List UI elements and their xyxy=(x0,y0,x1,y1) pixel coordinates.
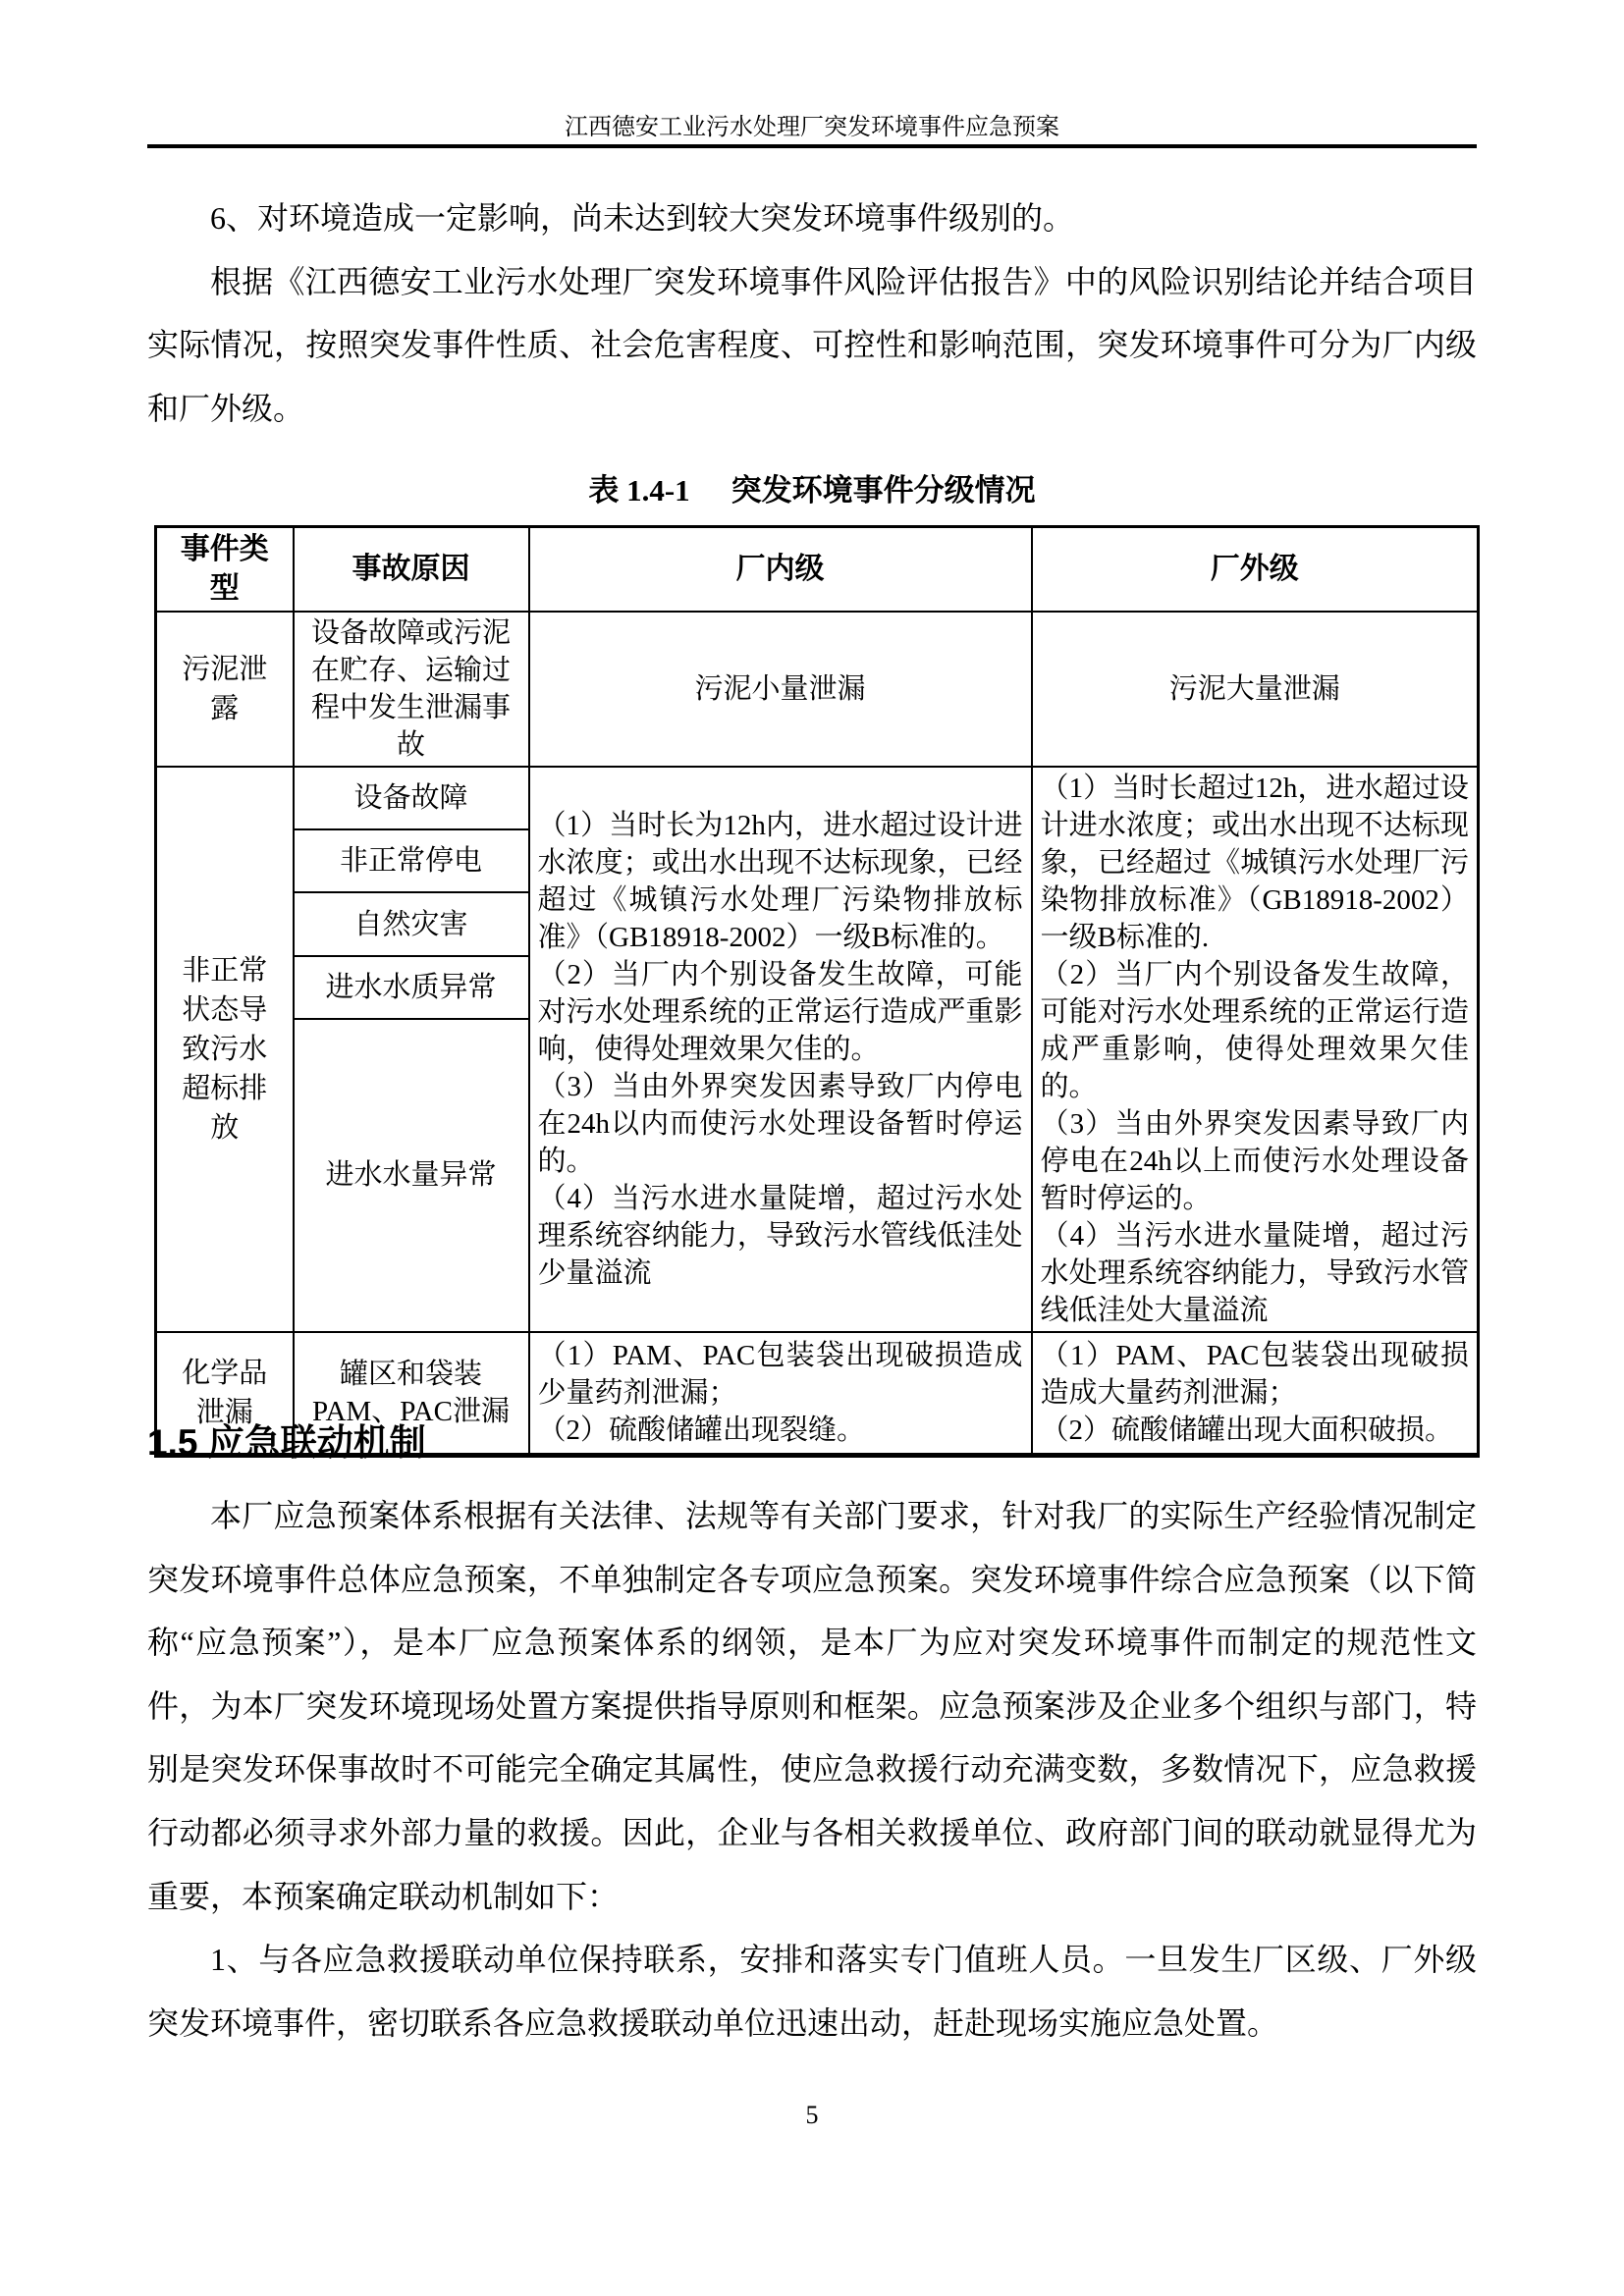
paragraph-incident-level: 6、对环境造成一定影响，尚未达到较大突发环境事件级别的。 xyxy=(147,187,1477,250)
cell-cause-natural-disaster: 自然灾害 xyxy=(294,892,529,955)
cell-sludge-out-plant: 污泥大量泄漏 xyxy=(1032,612,1479,767)
col-header-event-type-label: 事件类型 xyxy=(175,530,275,609)
cell-chemical-type-label: 化学品泄漏 xyxy=(175,1354,275,1432)
table-header-row: 事件类型 事故原因 厂内级 厂外级 xyxy=(156,527,1479,613)
table-caption: 表 1.4-1突发环境事件分级情况 xyxy=(147,473,1477,508)
table-row-sludge: 污泥泄露 设备故障或污泥在贮存、运输过程中发生泄漏事故 污泥小量泄漏 污泥大量泄… xyxy=(156,612,1479,767)
cell-cause-influent-quality: 进水水质异常 xyxy=(294,956,529,1019)
page-number: 5 xyxy=(0,2101,1624,2130)
col-header-out-plant: 厂外级 xyxy=(1032,527,1479,613)
table-row-abnormal-1: 非正常状态导致污水超标排放 设备故障 （1）当时长为12h内，进水超过设计进水浓… xyxy=(156,767,1479,829)
incident-classification-table: 事件类型 事故原因 厂内级 厂外级 污泥泄露 设备故障或污泥在贮存、运输过程中发… xyxy=(154,525,1480,1458)
col-header-in-plant: 厂内级 xyxy=(529,527,1032,613)
cell-cause-equipment-failure: 设备故障 xyxy=(294,767,529,829)
cell-sludge-in-plant: 污泥小量泄漏 xyxy=(529,612,1032,767)
section-heading-1-5: 1.5 应急联动机制 xyxy=(147,1421,1477,1465)
cell-sludge-cause: 设备故障或污泥在贮存、运输过程中发生泄漏事故 xyxy=(294,612,529,767)
table-caption-title: 突发环境事件分级情况 xyxy=(731,473,1036,507)
cell-abnormal-out-plant: （1）当时长超过12h，进水超过设计进水浓度；或出水出现不达标现象，已经超过《城… xyxy=(1032,767,1479,1332)
cell-abnormal-in-plant: （1）当时长为12h内，进水超过设计进水浓度；或出水出现不达标现象，已经超过《城… xyxy=(529,767,1032,1332)
cell-abnormal-type: 非正常状态导致污水超标排放 xyxy=(156,767,294,1332)
cell-cause-influent-volume: 进水水量异常 xyxy=(294,1019,529,1332)
paragraph-linkage-mechanism: 本厂应急预案体系根据有关法律、法规等有关部门要求，针对我厂的实际生产经验情况制定… xyxy=(147,1484,1477,1928)
paragraph-linkage-item-1: 1、与各应急救援联动单位保持联系，安排和落实专门值班人员。一旦发生厂区级、厂外级… xyxy=(147,1928,1477,2055)
col-header-event-type: 事件类型 xyxy=(156,527,294,613)
section-paragraphs: 本厂应急预案体系根据有关法律、法规等有关部门要求，针对我厂的实际生产经验情况制定… xyxy=(147,1484,1477,2055)
header-rule xyxy=(147,144,1477,148)
table-caption-label: 表 1.4-1 xyxy=(588,473,689,507)
cell-sludge-type-label: 污泥泄露 xyxy=(175,650,275,728)
cell-abnormal-type-label: 非正常状态导致污水超标排放 xyxy=(175,951,275,1148)
cell-sludge-type: 污泥泄露 xyxy=(156,612,294,767)
paragraph-risk-basis: 根据《江西德安工业污水处理厂突发环境事件风险评估报告》中的风险识别结论并结合项目… xyxy=(147,250,1477,441)
col-header-cause: 事故原因 xyxy=(294,527,529,613)
intro-paragraphs: 6、对环境造成一定影响，尚未达到较大突发环境事件级别的。 根据《江西德安工业污水… xyxy=(147,187,1477,440)
cell-cause-power-outage: 非正常停电 xyxy=(294,829,529,892)
running-header: 江西德安工业污水处理厂突发环境事件应急预案 xyxy=(147,114,1477,141)
document-page: 江西德安工业污水处理厂突发环境事件应急预案 6、对环境造成一定影响，尚未达到较大… xyxy=(0,0,1624,2296)
